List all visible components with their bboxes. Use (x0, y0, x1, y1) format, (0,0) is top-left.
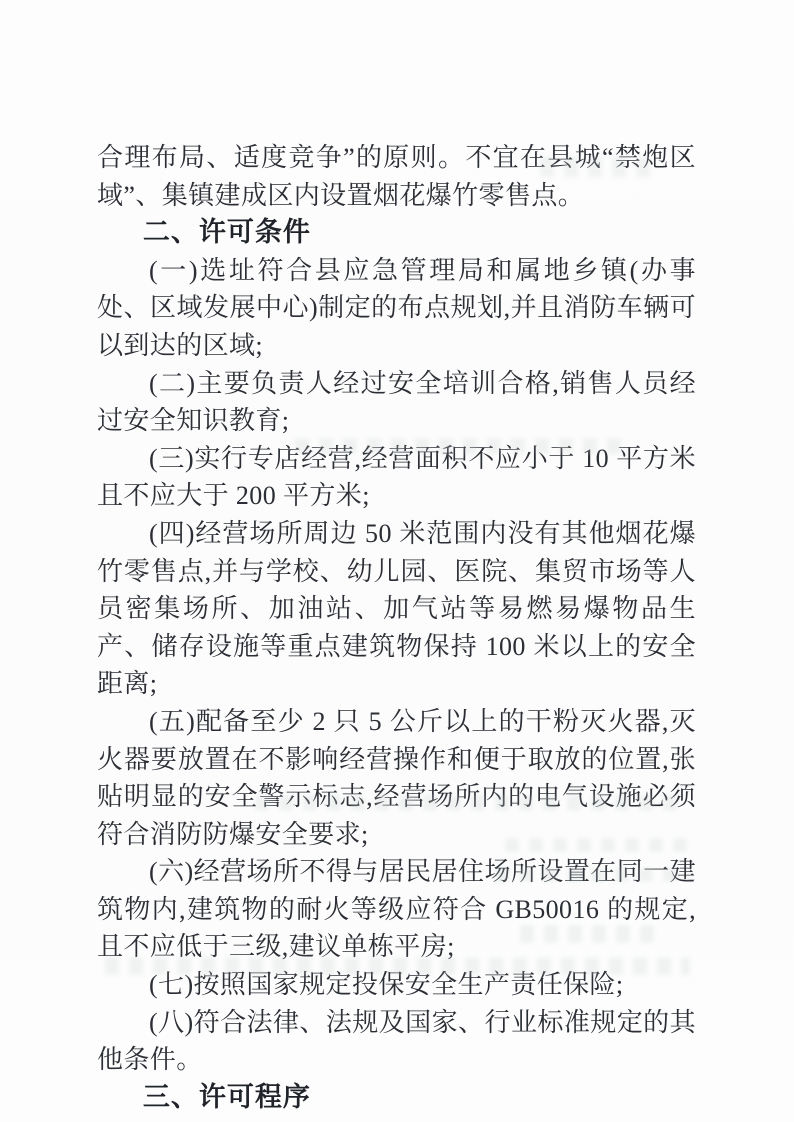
document-page: 合理布局、适度竞争”的原则。不宜在县城“禁炮区域”、集镇建成区内设置烟花爆竹零售… (0, 0, 794, 1122)
document-body: 合理布局、适度竞争”的原则。不宜在县城“禁炮区域”、集镇建成区内设置烟花爆竹零售… (97, 139, 696, 1116)
paragraph-condition-4: (四)经营场所周边 50 米范围内没有其他烟花爆竹零售点,并与学校、幼儿园、医院… (97, 515, 696, 703)
paragraph-condition-2: (二)主要负责人经过安全培训合格,销售人员经过安全知识教育; (97, 365, 696, 440)
paragraph-condition-5: (五)配备至少 2 只 5 公斤以上的干粉灭火器,灭火器要放置在不影响经营操作和… (97, 703, 696, 853)
paragraph-condition-3: (三)实行专店经营,经营面积不应小于 10 平方米且不应大于 200 平方米; (97, 440, 696, 515)
paragraph-condition-6: (六)经营场所不得与居民居住场所设置在同一建筑物内,建筑物的耐火等级应符合 GB… (97, 853, 696, 966)
paragraph-condition-7: (七)按照国家规定投保安全生产责任保险; (97, 966, 696, 1004)
paragraph-continuation: 合理布局、适度竞争”的原则。不宜在县城“禁炮区域”、集镇建成区内设置烟花爆竹零售… (97, 139, 696, 214)
section-heading-procedure: 三、许可程序 (97, 1079, 696, 1117)
paragraph-condition-1: (一)选址符合县应急管理局和属地乡镇(办事处、区域发展中心)制定的布点规划,并且… (97, 252, 696, 365)
section-heading-conditions: 二、许可条件 (97, 214, 696, 252)
paragraph-condition-8: (八)符合法律、法规及国家、行业标准规定的其他条件。 (97, 1004, 696, 1079)
